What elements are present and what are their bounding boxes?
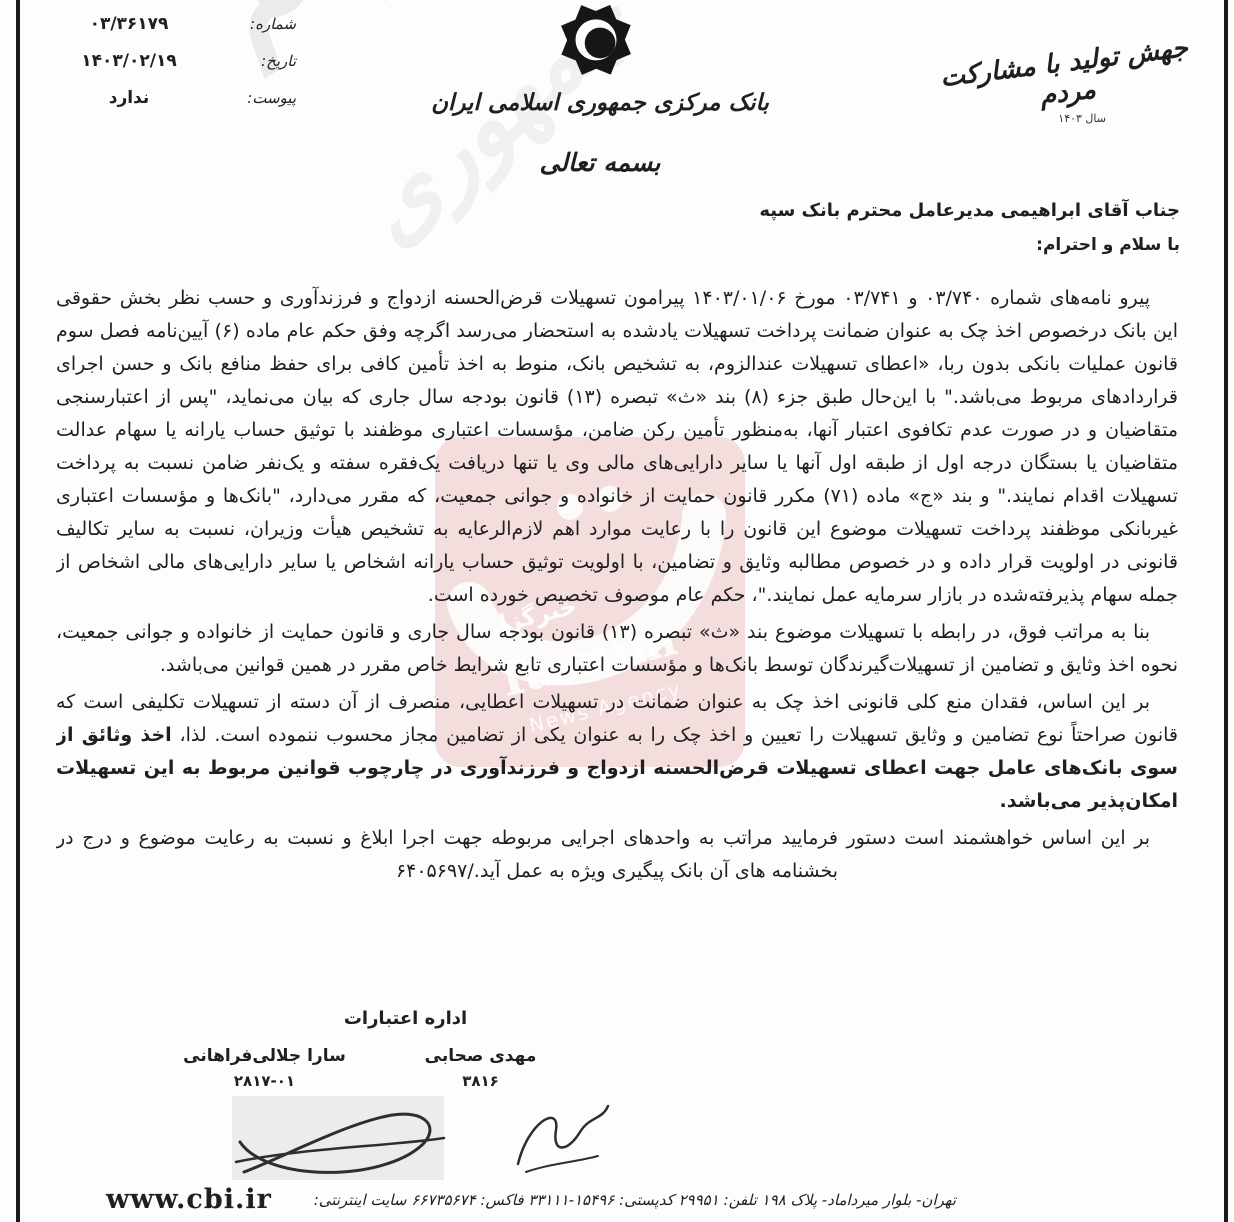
number-value: ۰۳/۳۶۱۷۹ xyxy=(28,14,230,34)
footer-address: تهران- بلوار میرداماد- پلاک ۱۹۸ تلفن: ۲۹… xyxy=(314,1191,956,1209)
cbi-emblem-logo xyxy=(540,4,652,86)
greeting-line: با سلام و احترام: xyxy=(759,235,1180,255)
footer: تهران- بلوار میرداماد- پلاک ۱۹۸ تلفن: ۲۹… xyxy=(106,1184,956,1215)
signer-left-block: سارا جلالی‌فراهانی ۲۸۱۷-۰۱ xyxy=(182,1046,347,1090)
letter-meta: شماره: ۰۳/۳۶۱۷۹ تاریخ: ۱۴۰۳/۰۲/۱۹ پیوست:… xyxy=(28,14,296,125)
signer-left-code: ۲۸۱۷-۰۱ xyxy=(182,1072,347,1090)
attachment-value: ندارد xyxy=(28,88,230,108)
signer-right-code: ۳۸۱۶ xyxy=(418,1072,543,1090)
date-value: ۱۴۰۳/۰۲/۱۹ xyxy=(28,51,230,71)
signature-right-scribble xyxy=(498,1092,618,1182)
letter-page: جهش تولید با مشارکت مردم جمهوری شماره: ۰… xyxy=(0,0,1234,1222)
paragraph-3: بر این اساس، فقدان منع کلی قانونی اخذ چک… xyxy=(56,686,1178,818)
besmele-calligraphy: بسمه تعالی xyxy=(470,148,730,177)
department-title: اداره اعتبارات xyxy=(318,1008,493,1029)
attachment-label: پیوست: xyxy=(230,89,296,107)
signature-left-scribble xyxy=(222,1090,452,1185)
date-label: تاریخ: xyxy=(230,52,296,70)
recipient-name: جناب آقای ابراهیمی مدیرعامل محترم بانک س… xyxy=(759,200,1180,221)
recipient-block: جناب آقای ابراهیمی مدیرعامل محترم بانک س… xyxy=(759,200,1180,255)
letter-body: پیرو نامه‌های شماره ۰۳/۷۴۰ و ۰۳/۷۴۱ مورخ… xyxy=(56,282,1178,1008)
meta-row-attachment: پیوست: ندارد xyxy=(28,88,296,108)
signer-right-name: مهدی صحابی xyxy=(418,1046,543,1066)
meta-row-number: شماره: ۰۳/۳۶۱۷۹ xyxy=(28,14,296,34)
signer-left-name: سارا جلالی‌فراهانی xyxy=(182,1046,347,1066)
scan-edge-right xyxy=(1224,0,1228,1222)
paragraph-2: بنا به مراتب فوق، در رابطه با تسهیلات مو… xyxy=(56,616,1178,682)
bank-name-calligraphy: بانک مرکزی جمهوری اسلامی ایران xyxy=(430,90,770,116)
footer-website-url: www.cbi.ir xyxy=(106,1184,272,1215)
meta-row-date: تاریخ: ۱۴۰۳/۰۲/۱۹ xyxy=(28,51,296,71)
paragraph-3-normal: بر این اساس، فقدان منع کلی قانونی اخذ چک… xyxy=(56,691,1178,746)
number-label: شماره: xyxy=(230,15,296,33)
paragraph-1: پیرو نامه‌های شماره ۰۳/۷۴۰ و ۰۳/۷۴۱ مورخ… xyxy=(56,282,1178,612)
signer-right-block: مهدی صحابی ۳۸۱۶ xyxy=(418,1046,543,1090)
paragraph-4: بر این اساس خواهشمند است دستور فرمایید م… xyxy=(56,822,1178,888)
year-slogan-year: سال ۱۴۰۳ xyxy=(1058,112,1106,125)
scan-edge-left xyxy=(16,0,20,1222)
